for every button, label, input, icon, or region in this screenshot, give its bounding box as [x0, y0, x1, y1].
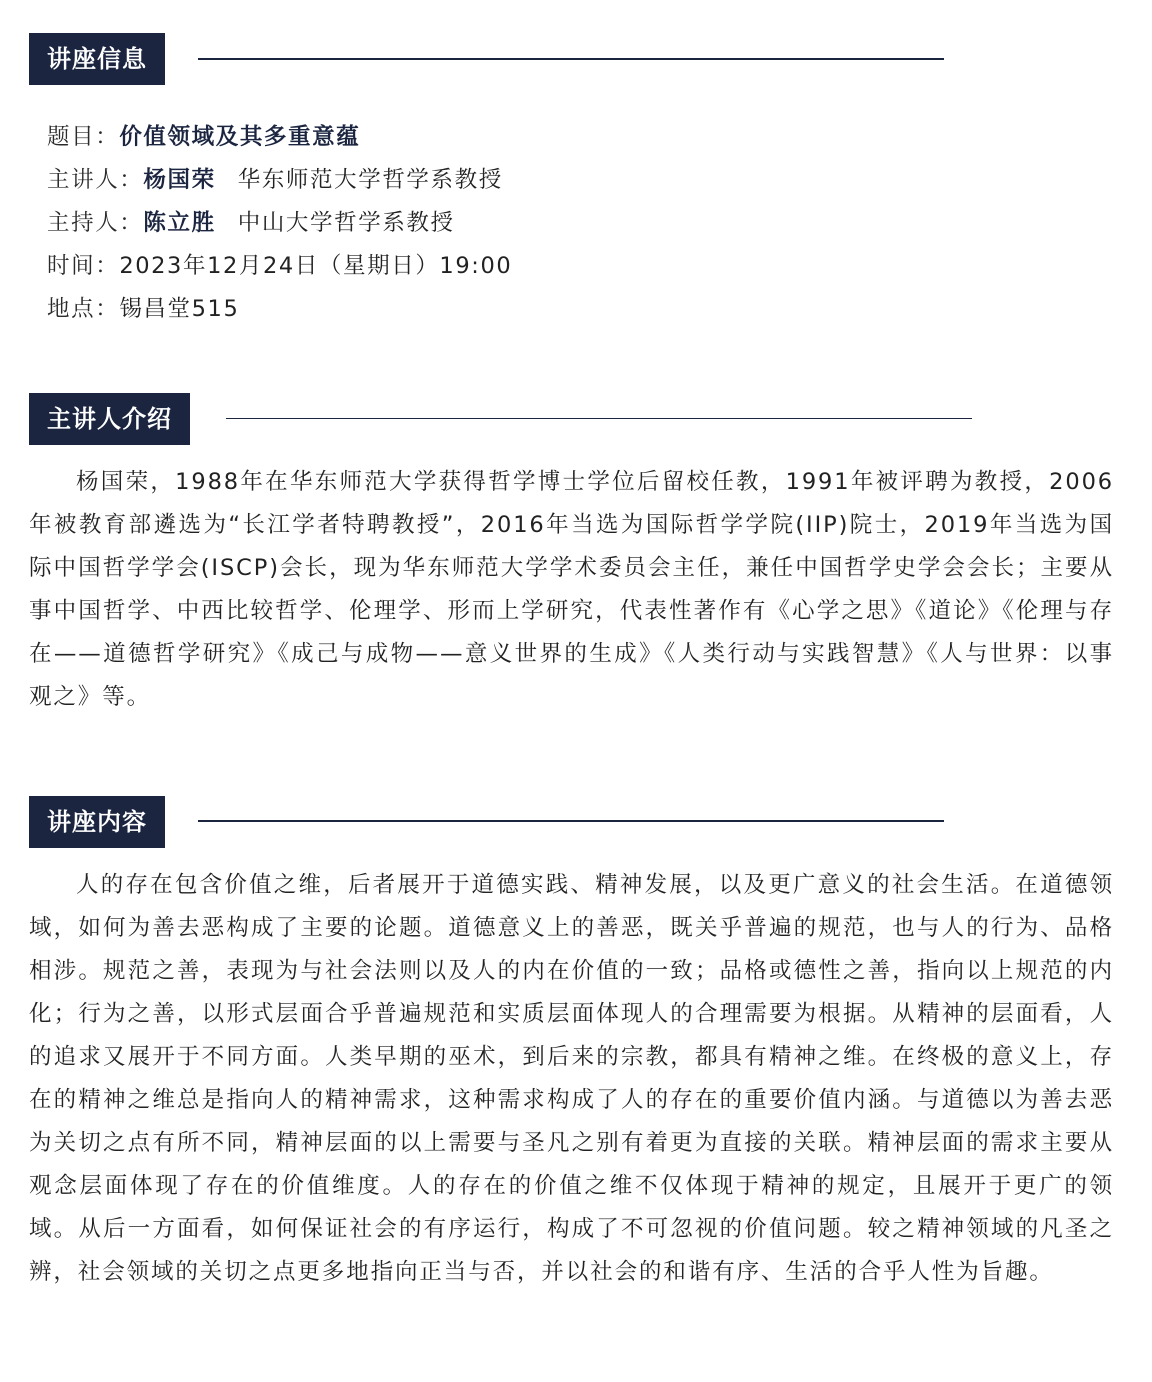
- speaker-label: 主讲人：: [47, 167, 143, 193]
- host-affiliation: 中山大学哲学系教授: [238, 210, 455, 236]
- info-row-location: 地点：锡昌堂515: [47, 288, 512, 331]
- header-rule: [198, 58, 944, 60]
- topic-value: 价值领域及其多重意蕴: [119, 124, 360, 150]
- section-title-speaker-intro: 主讲人介绍: [29, 393, 190, 445]
- location-value: 锡昌堂515: [119, 296, 239, 322]
- host-name: 陈立胜: [143, 210, 215, 236]
- info-row-speaker: 主讲人：杨国荣华东师范大学哲学系教授: [47, 159, 512, 202]
- info-row-topic: 题目：价值领域及其多重意蕴: [47, 116, 512, 159]
- speaker-intro-paragraph: 杨国荣，1988年在华东师范大学获得哲学博士学位后留校任教，1991年被评聘为教…: [29, 461, 1114, 719]
- lecture-content-paragraph: 人的存在包含价值之维，后者展开于道德实践、精神发展，以及更广意义的社会生活。在道…: [29, 864, 1114, 1294]
- info-row-time: 时间：2023年12月24日（星期日）19:00: [47, 245, 512, 288]
- speaker-name: 杨国荣: [143, 167, 215, 193]
- info-row-host: 主持人：陈立胜中山大学哲学系教授: [47, 202, 512, 245]
- lecture-info-list: 题目：价值领域及其多重意蕴 主讲人：杨国荣华东师范大学哲学系教授 主持人：陈立胜…: [47, 116, 512, 331]
- section-title-lecture-content: 讲座内容: [29, 796, 165, 848]
- speaker-affiliation: 华东师范大学哲学系教授: [238, 167, 503, 193]
- location-label: 地点：: [47, 296, 119, 322]
- section-title-lecture-info: 讲座信息: [29, 33, 165, 85]
- time-value: 2023年12月24日（星期日）19:00: [119, 253, 512, 279]
- host-label: 主持人：: [47, 210, 143, 236]
- time-label: 时间：: [47, 253, 119, 279]
- topic-label: 题目：: [47, 124, 119, 150]
- header-rule: [226, 418, 972, 419]
- header-rule: [198, 820, 944, 822]
